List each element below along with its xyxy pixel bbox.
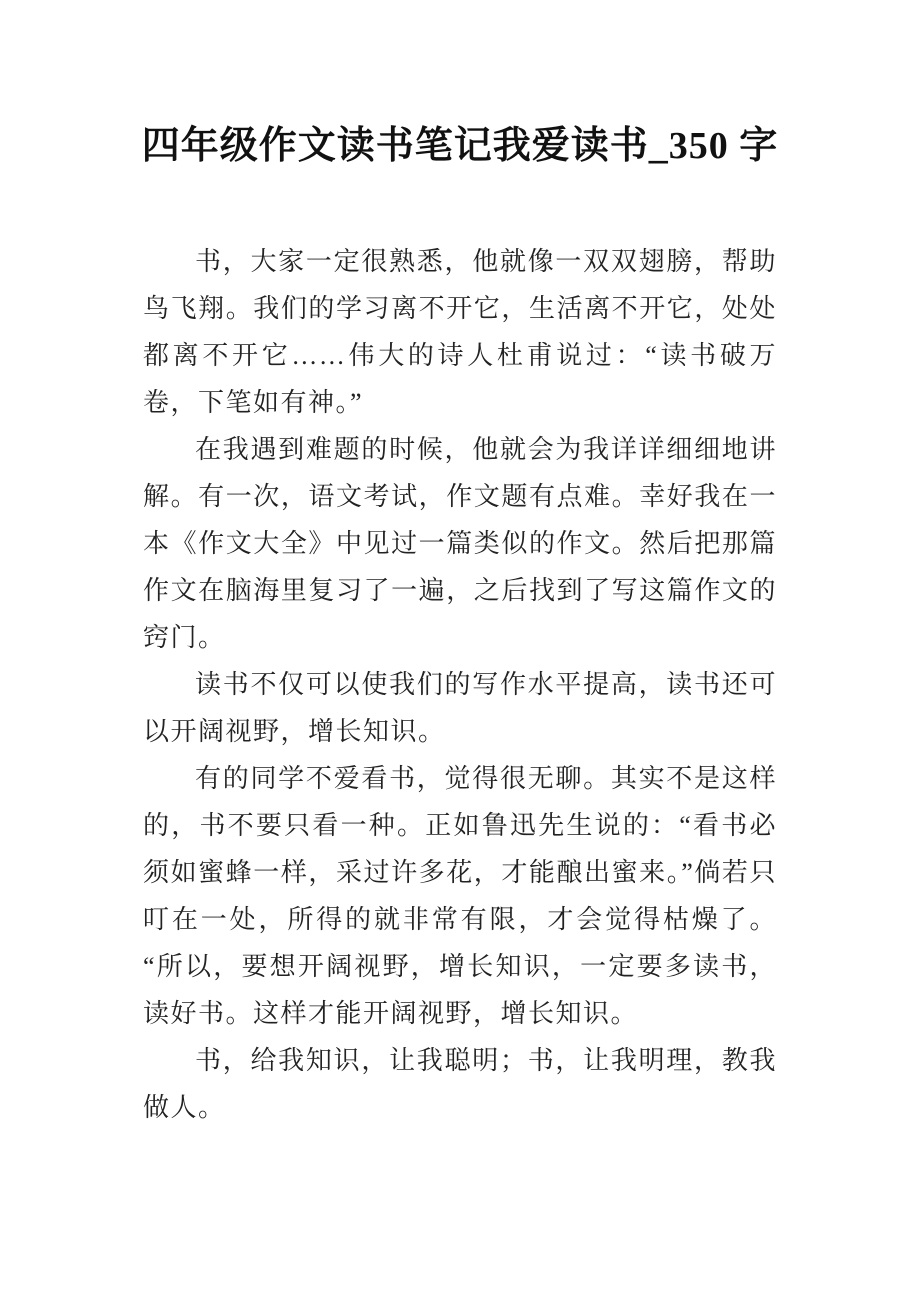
paragraph-4: 有的同学不爱看书，觉得很无聊。其实不是这样的，书不要只看一种。正如鲁迅先生说的：… xyxy=(143,755,777,1037)
paragraph-3: 读书不仅可以使我们的写作水平提高，读书还可以开阔视野，增长知识。 xyxy=(143,661,777,755)
document-page: 四年级作文读书笔记我爱读书_350 字 书，大家一定很熟悉，他就像一双双翅膀，帮… xyxy=(0,0,920,1302)
document-title: 四年级作文读书笔记我爱读书_350 字 xyxy=(0,0,920,168)
paragraph-2: 在我遇到难题的时候，他就会为我详详细细地讲解。有一次，语文考试，作文题有点难。幸… xyxy=(143,426,777,661)
paragraph-5: 书，给我知识，让我聪明；书，让我明理，教我做人。 xyxy=(143,1037,777,1131)
paragraph-1: 书，大家一定很熟悉，他就像一双双翅膀，帮助鸟飞翔。我们的学习离不开它，生活离不开… xyxy=(143,238,777,426)
document-body: 书，大家一定很熟悉，他就像一双双翅膀，帮助鸟飞翔。我们的学习离不开它，生活离不开… xyxy=(143,238,777,1131)
